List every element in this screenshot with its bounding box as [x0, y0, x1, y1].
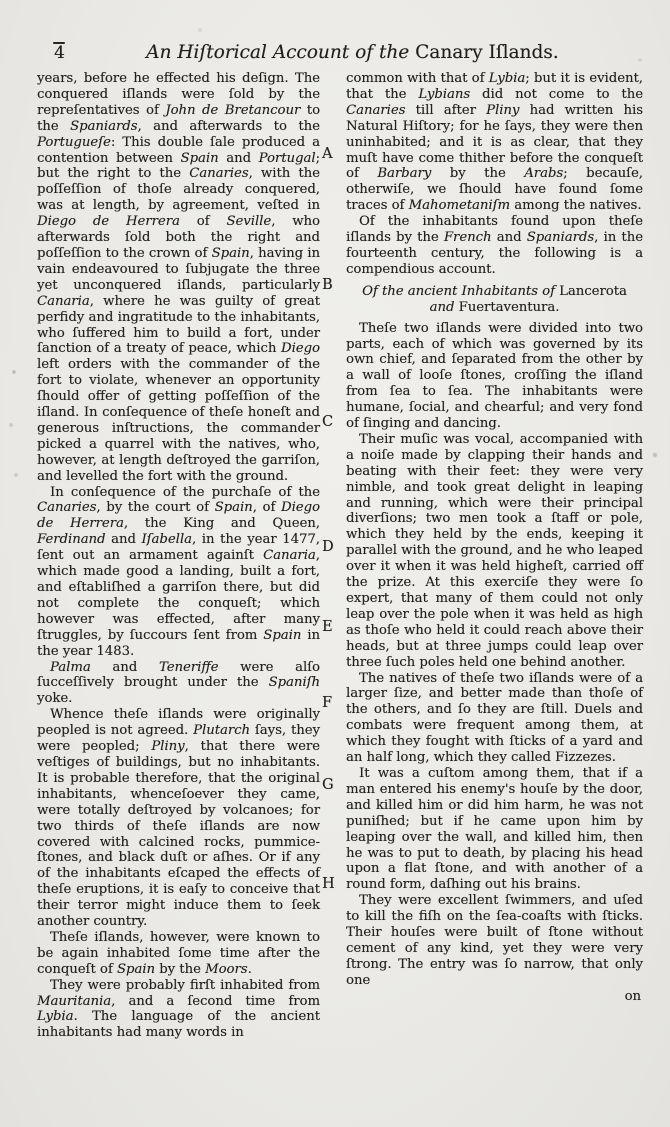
- paragraph: Their muſic was vocal, accompanied with …: [346, 432, 643, 671]
- paragraph: They were probably firſt inhabited from …: [37, 978, 320, 1042]
- paragraph: It was a cuſtom among them, that if a ma…: [346, 766, 643, 893]
- page-title-roman: Canary Iſlands.: [415, 42, 559, 63]
- page-header: 4 An Hiſtorical Account of the Canary Iſ…: [37, 44, 640, 63]
- paragraph: Theſe two iſlands were divided into two …: [346, 321, 643, 432]
- right-column-text: common with that of Lybia; but it is evi…: [346, 71, 643, 989]
- paragraph: Palma and Teneriffe were alſo ſucceſſive…: [37, 660, 320, 708]
- text-columns: years, before he effected his deſign. Th…: [37, 71, 643, 1041]
- paragraph: The natives of theſe two iſlands were of…: [346, 671, 643, 766]
- paragraph: Theſe iſlands, however, were known to be…: [37, 930, 320, 978]
- section-heading: Of the ancient Inhabitants of Lancerota …: [348, 284, 641, 316]
- right-column: common with that of Lybia; but it is evi…: [346, 71, 643, 1041]
- catchword: on: [346, 989, 643, 1005]
- paragraph: In conſequence of the purchaſe of the Ca…: [37, 485, 320, 660]
- page-number: 4: [54, 45, 65, 62]
- paragraph: common with that of Lybia; but it is evi…: [346, 71, 643, 214]
- page-title: An Hiſtorical Account of the Canary Iſla…: [65, 44, 640, 63]
- book-page: 4 An Hiſtorical Account of the Canary Iſ…: [0, 0, 670, 1127]
- paragraph: They were excellent ſwimmers, and uſed t…: [346, 893, 643, 988]
- page-title-italic: An Hiſtorical Account of the: [146, 42, 409, 63]
- left-column: years, before he effected his deſign. Th…: [37, 71, 320, 1041]
- paragraph: Whence theſe iſlands were originally peo…: [37, 707, 320, 930]
- paragraph: years, before he effected his deſign. Th…: [37, 71, 320, 485]
- paragraph: Of the inhabitants found upon theſe iſla…: [346, 214, 643, 278]
